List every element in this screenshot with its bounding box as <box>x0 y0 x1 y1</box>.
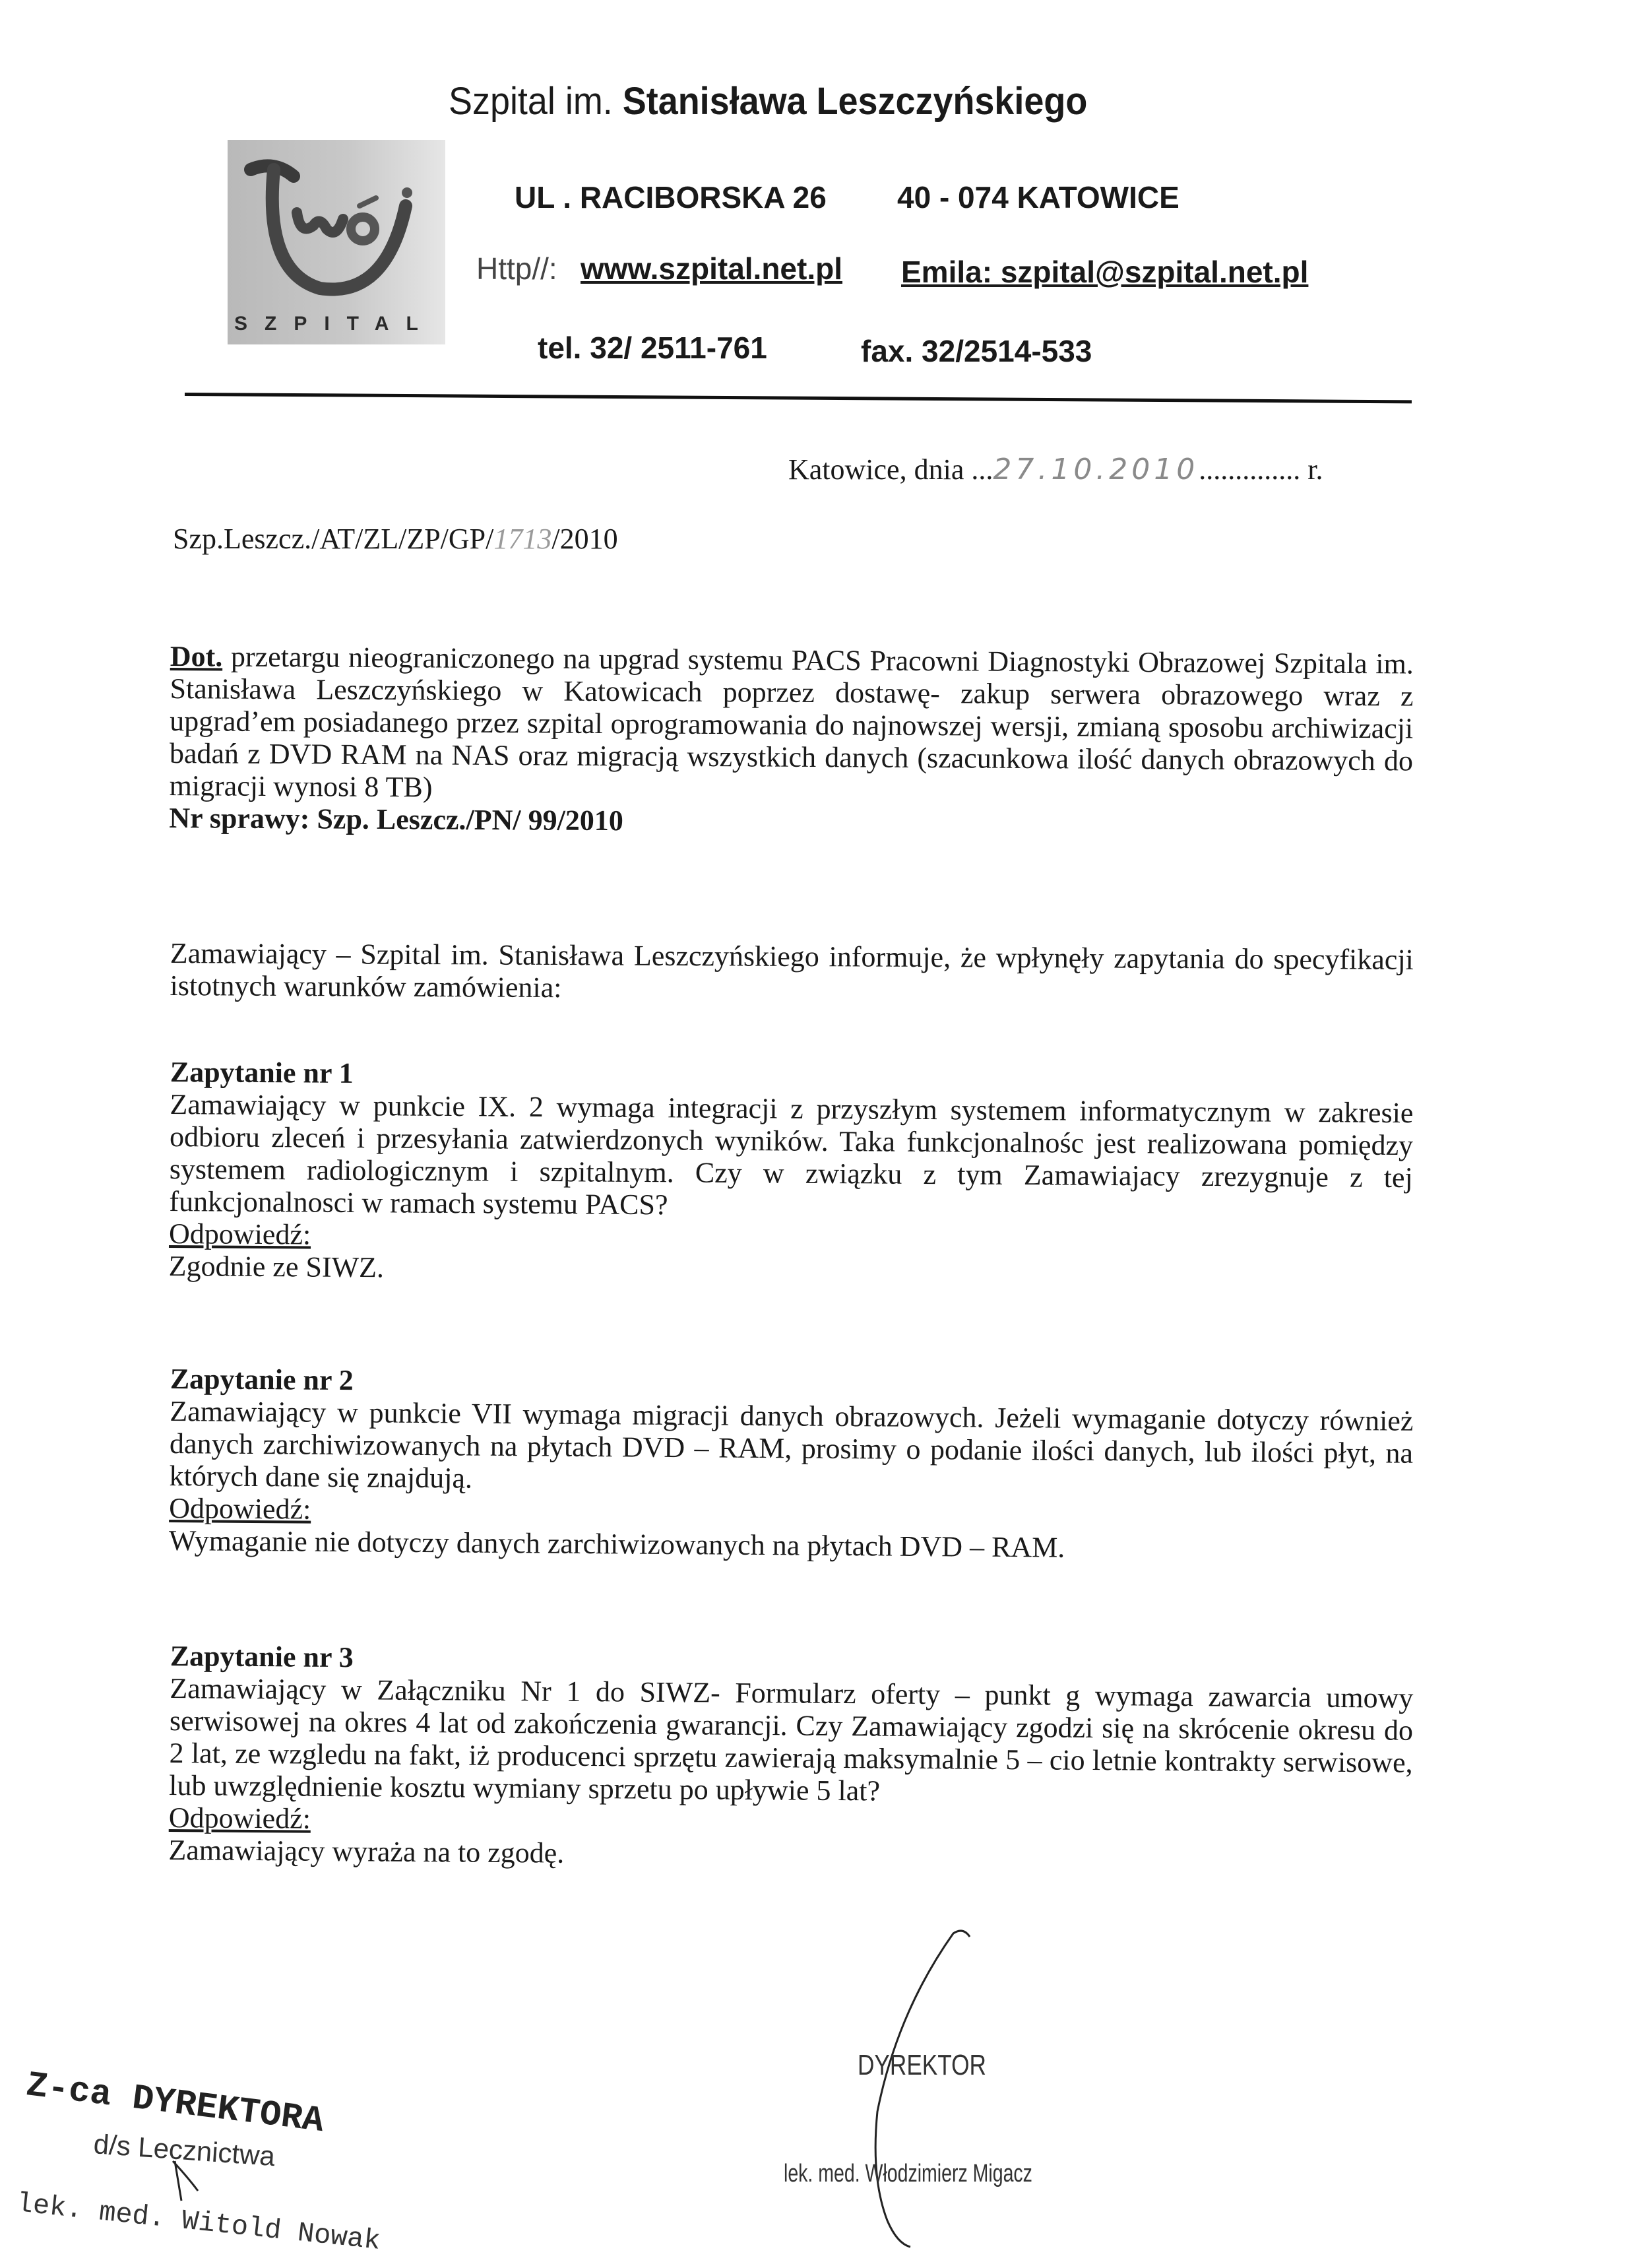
hospital-name-prefix: Szpital im. <box>449 80 623 123</box>
subject-label: Dot. <box>170 640 223 672</box>
hospital-address: UL . RACIBORSKA 26 <box>515 179 827 215</box>
website-link[interactable]: www.szpital.net.pl <box>581 251 842 286</box>
intro-block: Zamawiający – Szpital im. Stanisława Les… <box>170 937 1413 1008</box>
hospital-postal-city: 40 - 074 KATOWICE <box>897 179 1180 215</box>
question-block-2: Zapytanie nr 2 Zamawiający w punkcie VII… <box>169 1363 1414 1567</box>
ref-suffix: /2010 <box>551 523 617 555</box>
date-line: Katowice, dnia ...27.10.2010............… <box>788 455 1323 484</box>
hospital-name: Szpital im. Stanisława Leszczyńskiego <box>449 79 1087 123</box>
deputy-stamp-title: Z-ca DYREKTORA <box>24 2065 326 2142</box>
fax-number: fax. 32/2514-533 <box>861 333 1092 369</box>
question-text: Zamawiający w punkcie IX. 2 wymaga integ… <box>169 1088 1413 1226</box>
subject-block: Dot. przetargu nieograniczonego na upgra… <box>169 640 1414 842</box>
question-block-1: Zapytanie nr 1 Zamawiający w punkcie IX.… <box>169 1056 1414 1291</box>
subject-body: przetargu nieograniczonego na upgrad sys… <box>170 640 1414 803</box>
intro-text: Zamawiający – Szpital im. Stanisława Les… <box>170 937 1413 1008</box>
question-text: Zamawiający w punkcie VII wymaga migracj… <box>169 1395 1413 1502</box>
hospital-name-main: Stanisława Leszczyńskiego <box>623 80 1088 123</box>
hospital-logo: SZPITAL <box>228 140 445 344</box>
ref-handwritten: 1713 <box>493 523 551 555</box>
web-label: Http//: <box>476 251 557 286</box>
date-dots: ... <box>971 453 993 486</box>
phone-number: tel. 32/ 2511-761 <box>538 330 767 366</box>
director-title: DYREKTOR <box>858 2049 986 2082</box>
header-divider <box>185 393 1412 403</box>
date-dots-after: .............. <box>1199 453 1300 486</box>
reference-number: Szp.Leszcz./AT/ZL/ZP/GP/1713/2010 <box>173 525 618 554</box>
director-name: lek. med. Włodzimierz Migacz <box>784 2160 1032 2188</box>
case-number: Nr sprawy: Szp. Leszcz./PN/ 99/2010 <box>169 802 1412 842</box>
date-suffix: r. <box>1300 453 1323 486</box>
date-prefix: Katowice, dnia <box>788 453 971 486</box>
ref-prefix: Szp.Leszcz./AT/ZL/ZP/GP/ <box>173 523 493 555</box>
deputy-stamp-department: d/s Lecznictwa <box>92 2128 276 2172</box>
deputy-stamp-name: lek. med. Witold Nowak <box>15 2187 381 2257</box>
logo-text: SZPITAL <box>234 313 439 335</box>
question-block-3: Zapytanie nr 3 Zamawiający w Załączniku … <box>168 1640 1414 1876</box>
email-link[interactable]: Emila: szpital@szpital.net.pl <box>901 254 1308 290</box>
subject-text: Dot. przetargu nieograniczonego na upgra… <box>170 640 1414 810</box>
date-handwritten: 27.10.2010 <box>993 453 1199 486</box>
question-text: Zamawiający w Załączniku Nr 1 do SIWZ- F… <box>169 1672 1413 1811</box>
